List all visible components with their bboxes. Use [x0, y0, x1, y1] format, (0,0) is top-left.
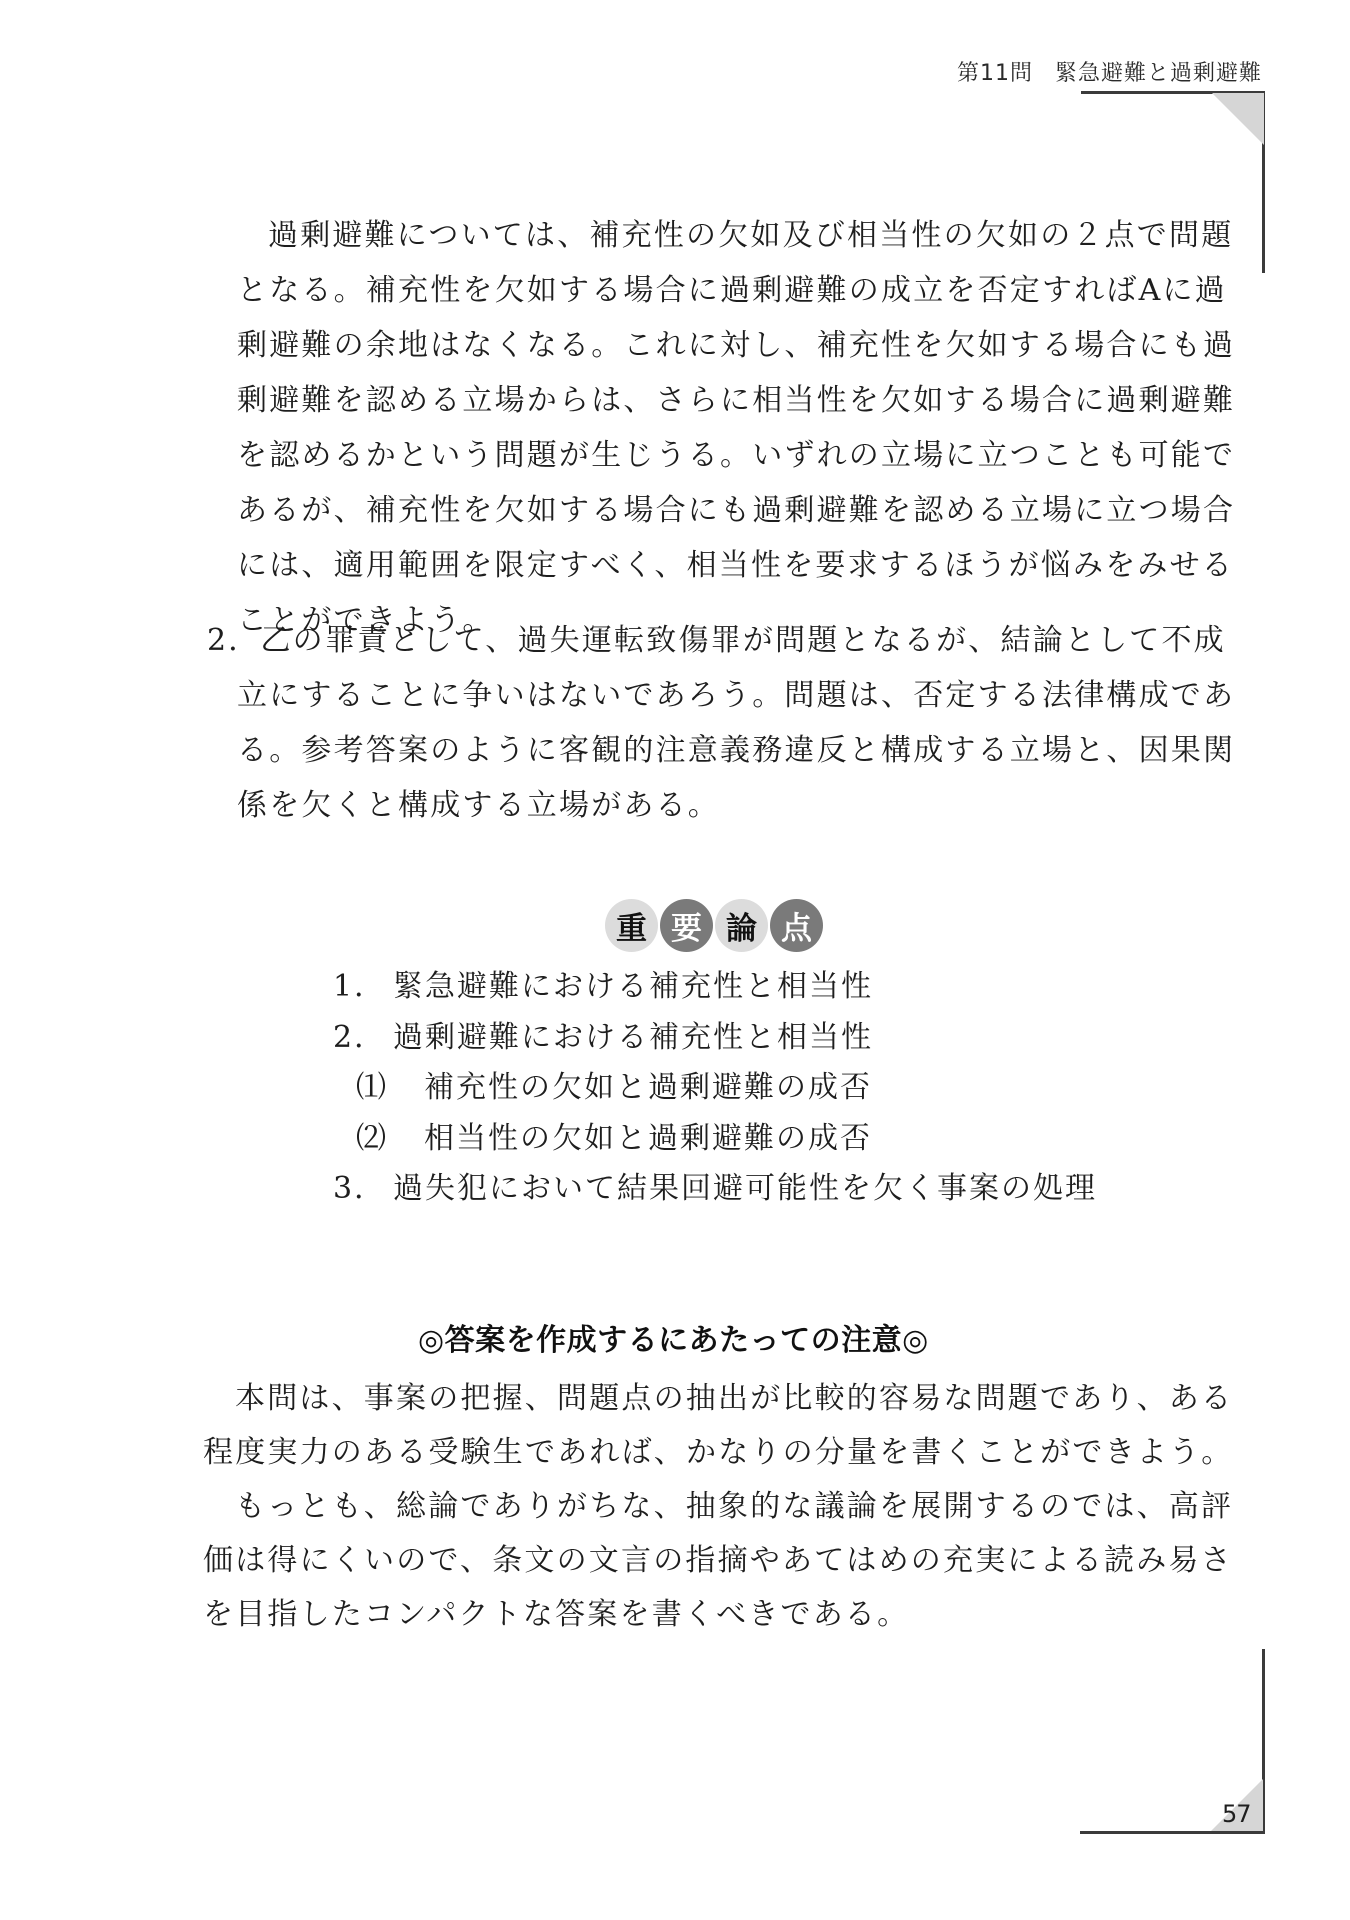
list-marker: ⑵	[356, 1114, 424, 1165]
list-marker: 3．	[333, 1164, 393, 1215]
list-marker: 1．	[333, 962, 393, 1013]
list-item: 3． 過失犯において結果回避可能性を欠く事案の処理	[333, 1164, 1097, 1215]
text-line: 2．乙の罪責として、過失運転致傷罪が問題となるが、結論として不成	[207, 613, 1235, 668]
running-head: 第11問緊急避難と過剰避難	[957, 56, 1262, 87]
chapter-title: 緊急避難と過剰避難	[1055, 61, 1262, 86]
text-line: を目指したコンパクトな答案を書くべきである。	[203, 1588, 1233, 1642]
page-number: 57	[1222, 1800, 1251, 1828]
heading-circle-icon: 重	[605, 899, 658, 952]
chapter-number: 第11問	[957, 61, 1033, 86]
heading-circle-icon: 要	[660, 899, 713, 952]
text-line: もっとも、総論でありがちな、抽象的な議論を展開するのでは、高評	[203, 1480, 1233, 1534]
heading-circle-icon: 点	[770, 899, 823, 952]
text-line: 本問は、事案の把握、問題点の抽出が比較的容易な問題であり、ある	[203, 1372, 1233, 1426]
text-line: 過剰避難については、補充性の欠如及び相当性の欠如の２点で問題	[237, 208, 1235, 263]
text-line: あるが、補充性を欠如する場合にも過剰避難を認める立場に立つ場合	[237, 483, 1235, 538]
text-line: 立にすることに争いはないであろう。問題は、否定する法律構成であ	[207, 668, 1235, 723]
text-line: には、適用範囲を限定すべく、相当性を要求するほうが悩みをみせる	[237, 538, 1235, 593]
list-item-text: 緊急避難における補充性と相当性	[393, 962, 873, 1013]
list-marker: ⑴	[356, 1063, 424, 1114]
bottom-corner-rule-horizontal	[1080, 1831, 1265, 1834]
top-corner-triangle-icon	[1212, 93, 1264, 145]
paragraph-excessive-necessity: 過剰避難については、補充性の欠如及び相当性の欠如の２点で問題 となる。補充性を欠…	[237, 208, 1235, 648]
list-item: 1． 緊急避難における補充性と相当性	[333, 962, 1097, 1013]
key-points-heading: 重 要 論 点	[605, 899, 823, 952]
text-line: 程度実力のある受験生であれば、かなりの分量を書くことができよう。	[203, 1426, 1233, 1480]
list-item-text: 相当性の欠如と過剰避難の成否	[424, 1114, 872, 1165]
list-item-text: 補充性の欠如と過剰避難の成否	[424, 1063, 872, 1114]
text-line: 剰避難の余地はなくなる。これに対し、補充性を欠如する場合にも過	[237, 318, 1235, 373]
list-item-text: 過剰避難における補充性と相当性	[393, 1013, 873, 1064]
list-item: 2． 過剰避難における補充性と相当性	[333, 1013, 1097, 1064]
notes-body: 本問は、事案の把握、問題点の抽出が比較的容易な問題であり、ある 程度実力のある受…	[203, 1372, 1233, 1642]
text-line: 価は得にくいので、条文の文言の指摘やあてはめの充実による読み易さ	[203, 1534, 1233, 1588]
list-marker: 2．	[333, 1013, 393, 1064]
text-line: を認めるかという問題が生じうる。いずれの立場に立つことも可能で	[237, 428, 1235, 483]
list-subitem: ⑵ 相当性の欠如と過剰避難の成否	[333, 1114, 1097, 1165]
notes-heading: ◎答案を作成するにあたっての注意◎	[418, 1315, 929, 1359]
key-points-list: 1． 緊急避難における補充性と相当性 2． 過剰避難における補充性と相当性 ⑴ …	[333, 962, 1097, 1215]
text-line: る。参考答案のように客観的注意義務違反と構成する立場と、因果関	[207, 723, 1235, 778]
text-line: 剰避難を認める立場からは、さらに相当性を欠如する場合に過剰避難	[237, 373, 1235, 428]
numbered-item-2: 2．乙の罪責として、過失運転致傷罪が問題となるが、結論として不成 立にすることに…	[207, 613, 1235, 833]
text-line: 係を欠くと構成する立場がある。	[207, 778, 1235, 833]
heading-circle-icon: 論	[715, 899, 768, 952]
list-subitem: ⑴ 補充性の欠如と過剰避難の成否	[333, 1063, 1097, 1114]
text-line: となる。補充性を欠如する場合に過剰避難の成立を否定すればAに過	[237, 263, 1235, 318]
list-item-text: 過失犯において結果回避可能性を欠く事案の処理	[393, 1164, 1097, 1215]
